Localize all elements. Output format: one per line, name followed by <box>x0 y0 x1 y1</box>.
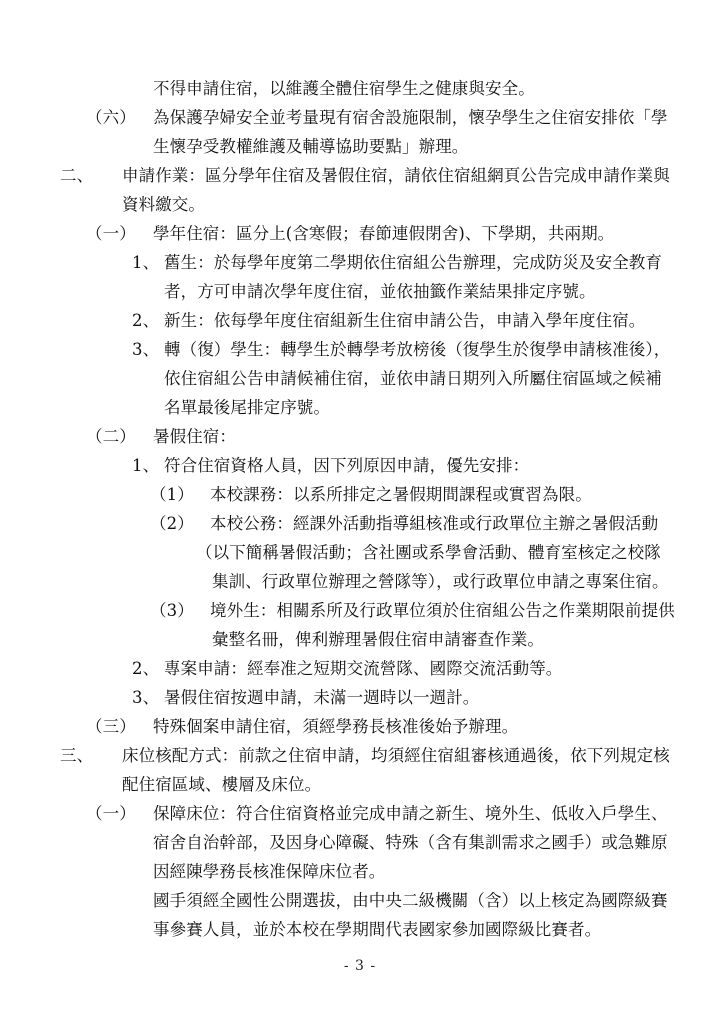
line-text: 生懷孕受教權維護及輔導協助要點」辦理。 <box>153 132 468 161</box>
document-page: 不得申請住宿，以維護全體住宿學生之健康與安全。 （六）為保護孕婦安全並考量現有宿… <box>0 0 720 1018</box>
doc-line: 不得申請住宿，以維護全體住宿學生之健康與安全。 <box>153 74 720 103</box>
doc-line: 名單最後尾排定序號。 <box>164 393 720 422</box>
doc-line: 配住宿區域、樓層及床位。 <box>122 770 720 799</box>
line-text: 事參賽人員，並於本校在學期間代表國家參加國際級比賽者。 <box>153 915 601 944</box>
line-text: 特殊個案申請住宿，須經學務長核准後始予辦理。 <box>153 712 518 741</box>
doc-line: 二、申請作業：區分學年住宿及暑假住宿，請依住宿組網頁公告完成申請作業與 <box>60 161 720 190</box>
page-number: - 3 - <box>0 958 720 974</box>
doc-line: 生懷孕受教權維護及輔導協助要點」辦理。 <box>153 132 720 161</box>
line-text: 本校公務：經課外活動指導組核准或行政單位主辦之暑假活動 <box>210 509 658 538</box>
line-text: 配住宿區域、樓層及床位。 <box>122 770 321 799</box>
doc-line: （六）為保護孕婦安全並考量現有宿舍設施限制，懷孕學生之住宿安排依「學 <box>86 103 720 132</box>
list-marker: （六） <box>86 103 153 132</box>
line-text: 符合住宿資格人員，因下列原因申請，優先安排： <box>164 451 529 480</box>
line-text: 保障床位：符合住宿資格並完成申請之新生、境外生、低收入戶學生、 <box>153 799 668 828</box>
line-text: 者，方可申請次學年度住宿，並依抽籤作業結果排定序號。 <box>164 277 596 306</box>
list-marker: 2、 <box>132 654 164 683</box>
line-text: 舊生：於每學年度第二學期依住宿組公告辦理，完成防災及安全教育 <box>164 248 662 277</box>
doc-line: 國手須經全國性公開選拔，由中央二級機關（含）以上核定為國際級賽 <box>153 886 720 915</box>
doc-line: 2、新生：依每學年度住宿組新生住宿申請公告，申請入學年度住宿。 <box>132 306 720 335</box>
doc-line: 1、符合住宿資格人員，因下列原因申請，優先安排： <box>132 451 720 480</box>
doc-line: 事參賽人員，並於本校在學期間代表國家參加國際級比賽者。 <box>153 915 720 944</box>
list-marker: 1、 <box>132 248 164 277</box>
list-marker: 三、 <box>60 741 122 770</box>
line-text: 為保護孕婦安全並考量現有宿舍設施限制，懷孕學生之住宿安排依「學 <box>153 103 668 132</box>
line-text: 資料繳交。 <box>122 190 205 219</box>
line-text: 暑假住宿按週申請，未滿一週時以一週計。 <box>164 683 479 712</box>
line-text: 依住宿組公告申請候補住宿，並依申請日期列入所屬住宿區域之候補 <box>164 364 662 393</box>
doc-line: 3、暑假住宿按週申請，未滿一週時以一週計。 <box>132 683 720 712</box>
line-text: （以下簡稱暑假活動；含社團或系學會活動、體育室核定之校隊 <box>196 538 661 567</box>
doc-line: 三、床位核配方式：前款之住宿申請，均須經住宿組審核通過後，依下列規定核 <box>60 741 720 770</box>
doc-line: （1）本校課務：以系所排定之暑假期間課程或實習為限。 <box>150 480 720 509</box>
doc-line: （一）學年住宿：區分上(含寒假；春節連假閉舍)、下學期，共兩期。 <box>86 219 720 248</box>
list-marker: （3） <box>150 596 210 625</box>
doc-line: 彙整名冊，俾利辦理暑假住宿申請審查作業。 <box>212 625 720 654</box>
list-marker: （1） <box>150 480 210 509</box>
doc-line: 2、專案申請：經奉准之短期交流營隊、國際交流活動等。 <box>132 654 720 683</box>
doc-line: （2）本校公務：經課外活動指導組核准或行政單位主辦之暑假活動 <box>150 509 720 538</box>
doc-line: （3）境外生：相關系所及行政單位須於住宿組公告之作業期限前提供 <box>150 596 720 625</box>
line-text: 因經陳學務長核准保障床位者。 <box>153 857 385 886</box>
list-marker: （一） <box>86 799 153 828</box>
list-marker: （二） <box>86 422 153 451</box>
line-text: 申請作業：區分學年住宿及暑假住宿，請依住宿組網頁公告完成申請作業與 <box>122 161 670 190</box>
list-marker: （一） <box>86 219 153 248</box>
list-marker: 二、 <box>60 161 122 190</box>
doc-line: （以下簡稱暑假活動；含社團或系學會活動、體育室核定之校隊 <box>196 538 720 567</box>
doc-line: （三）特殊個案申請住宿，須經學務長核准後始予辦理。 <box>86 712 720 741</box>
line-text: 彙整名冊，俾利辦理暑假住宿申請審查作業。 <box>212 625 544 654</box>
line-text: 新生：依每學年度住宿組新生住宿申請公告，申請入學年度住宿。 <box>164 306 645 335</box>
document-text: 不得申請住宿，以維護全體住宿學生之健康與安全。 （六）為保護孕婦安全並考量現有宿… <box>60 74 720 944</box>
line-text: 轉（復）學生：轉學生於轉學考放榜後（復學生於復學申請核准後）， <box>164 335 670 364</box>
line-text: 暑假住宿： <box>153 422 236 451</box>
line-text: 專案申請：經奉准之短期交流營隊、國際交流活動等。 <box>164 654 562 683</box>
doc-line: 者，方可申請次學年度住宿，並依抽籤作業結果排定序號。 <box>164 277 720 306</box>
line-text: 床位核配方式：前款之住宿申請，均須經住宿組審核通過後，依下列規定核 <box>122 741 670 770</box>
doc-line: （二）暑假住宿： <box>86 422 720 451</box>
list-marker: 2、 <box>132 306 164 335</box>
line-text: 學年住宿：區分上(含寒假；春節連假閉舍)、下學期，共兩期。 <box>153 219 614 248</box>
doc-line: 3、轉（復）學生：轉學生於轉學考放榜後（復學生於復學申請核准後）， <box>132 335 720 364</box>
line-text: 本校課務：以系所排定之暑假期間課程或實習為限。 <box>210 480 592 509</box>
doc-line: 宿舍自治幹部，及因身心障礙、特殊（含有集訓需求之國手）或急難原 <box>153 828 720 857</box>
line-text: 不得申請住宿，以維護全體住宿學生之健康與安全。 <box>153 74 535 103</box>
doc-line: （一）保障床位：符合住宿資格並完成申請之新生、境外生、低收入戶學生、 <box>86 799 720 828</box>
line-text: 境外生：相關系所及行政單位須於住宿組公告之作業期限前提供 <box>210 596 675 625</box>
doc-line: 集訓、行政單位辦理之營隊等），或行政單位申請之專案住宿。 <box>212 567 720 596</box>
list-marker: 3、 <box>132 683 164 712</box>
doc-line: 因經陳學務長核准保障床位者。 <box>153 857 720 886</box>
doc-line: 依住宿組公告申請候補住宿，並依申請日期列入所屬住宿區域之候補 <box>164 364 720 393</box>
list-marker: 3、 <box>132 335 164 364</box>
list-marker: （三） <box>86 712 153 741</box>
line-text: 宿舍自治幹部，及因身心障礙、特殊（含有集訓需求之國手）或急難原 <box>153 828 668 857</box>
list-marker: （2） <box>150 509 210 538</box>
doc-line: 1、舊生：於每學年度第二學期依住宿組公告辦理，完成防災及安全教育 <box>132 248 720 277</box>
line-text: 集訓、行政單位辦理之營隊等），或行政單位申請之專案住宿。 <box>212 567 669 596</box>
list-marker: 1、 <box>132 451 164 480</box>
line-text: 名單最後尾排定序號。 <box>164 393 330 422</box>
line-text: 國手須經全國性公開選拔，由中央二級機關（含）以上核定為國際級賽 <box>153 886 668 915</box>
doc-line: 資料繳交。 <box>122 190 720 219</box>
